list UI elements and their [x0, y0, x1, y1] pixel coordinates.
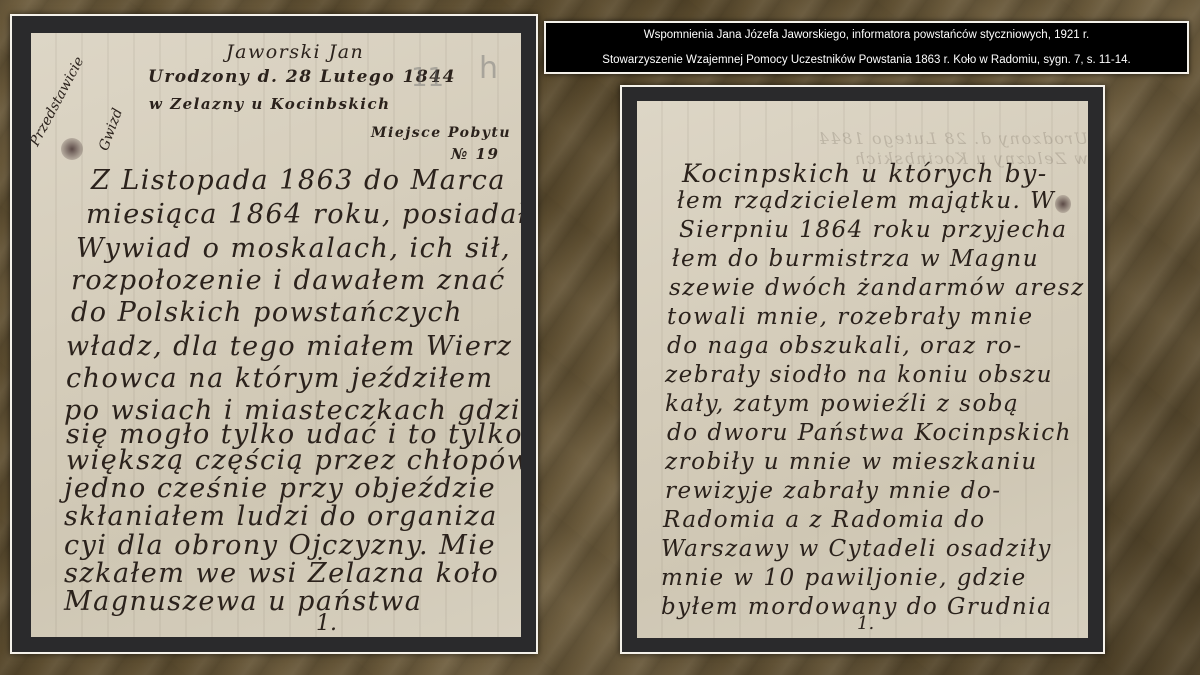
caption-banner: Wspomnienia Jana Józefa Jaworskiego, inf… [544, 21, 1189, 74]
text-line: szkałem we wsi Żelazna koło [64, 558, 521, 589]
header-number: № 19 [451, 145, 521, 163]
text-line: Sierpniu 1864 roku przyjecha [679, 217, 1088, 243]
pencil-mark-h: h [479, 51, 498, 86]
text-line: Wywiad o moskalach, ich sił, [76, 233, 521, 264]
text-line: do dworu Państwa Kocinpskich [667, 420, 1088, 446]
text-line: Radomia a z Radomia do [663, 507, 1088, 533]
caption-title: Wspomnienia Jana Józefa Jaworskiego, inf… [546, 29, 1187, 41]
text-line: rewizyje zabrały mnie do- [665, 478, 1088, 504]
pencil-mark-11: 11 [411, 63, 444, 93]
ink-blot [1055, 195, 1071, 213]
margin-note-2: Gwizd [96, 106, 126, 153]
text-line: łem rządzicielem majątku. W [677, 188, 1088, 214]
header-place: w Zelazny u Kocinbskich [149, 95, 521, 113]
text-line: do Polskich powstańczych [71, 297, 521, 328]
text-line: towali mnie, rozebrały mnie [667, 304, 1088, 330]
margin-note-1: Przedstawicie [31, 54, 87, 149]
text-line: byłem mordowany do Grudnia [661, 594, 1088, 620]
text-line: Kocinpskich u których by- [682, 159, 1088, 188]
text-line: rozpołozenie i dawałem znać [71, 265, 521, 296]
page-number: 1. [857, 613, 874, 634]
text-line: zebrały siodło na koniu obszu [665, 362, 1088, 388]
text-line: Magnuszewa u państwa [64, 586, 521, 617]
text-line: łem do burmistrza w Magnu [672, 246, 1088, 272]
header-name: Jaworski Jan [226, 41, 521, 63]
bleed-through-line: Urodzony d. 28 Lutego 1844 [777, 129, 1088, 148]
text-line: zrobiły u mnie w mieszkaniu [665, 449, 1088, 475]
text-line: jedno cześnie przy objeździe [64, 473, 521, 504]
caption-source: Stowarzyszenie Wzajemnej Pomocy Uczestni… [546, 54, 1187, 66]
text-line: cyi dla obrony Ojczyzny. Mie [64, 530, 521, 561]
text-line: do naga obszukali, oraz ro- [667, 333, 1088, 359]
page-number: 1. [316, 611, 337, 636]
text-line: mnie w 10 pawiljonie, gdzie [661, 565, 1088, 591]
text-line: Warszawy w Cytadeli osadziły [661, 536, 1088, 562]
ink-stain [61, 138, 83, 160]
text-line: skłaniałem ludzi do organiza [64, 501, 521, 532]
header-born: Urodzony d. 28 Lutego 1844 [148, 67, 521, 87]
text-line: Z Listopada 1863 do Marca [91, 165, 521, 196]
text-line: chowca na którym jeździłem [66, 363, 521, 394]
header-residence: Miejsce Pobytu [371, 125, 521, 141]
text-line: miesiąca 1864 roku, posiadałem [86, 199, 521, 230]
text-line: kały, zatym powieźli z sobą [665, 391, 1088, 417]
left-page-scan: Jaworski Jan Urodzony d. 28 Lutego 1844 … [31, 33, 521, 637]
right-page-scan: Urodzony d. 28 Lutego 1844 w Zelazny u K… [637, 101, 1088, 638]
text-line: szewie dwóch żandarmów aresz [669, 275, 1088, 301]
text-line: większą częścią przez chłopów, [66, 445, 521, 476]
text-line: władz, dla tego miałem Wierz [66, 331, 521, 362]
